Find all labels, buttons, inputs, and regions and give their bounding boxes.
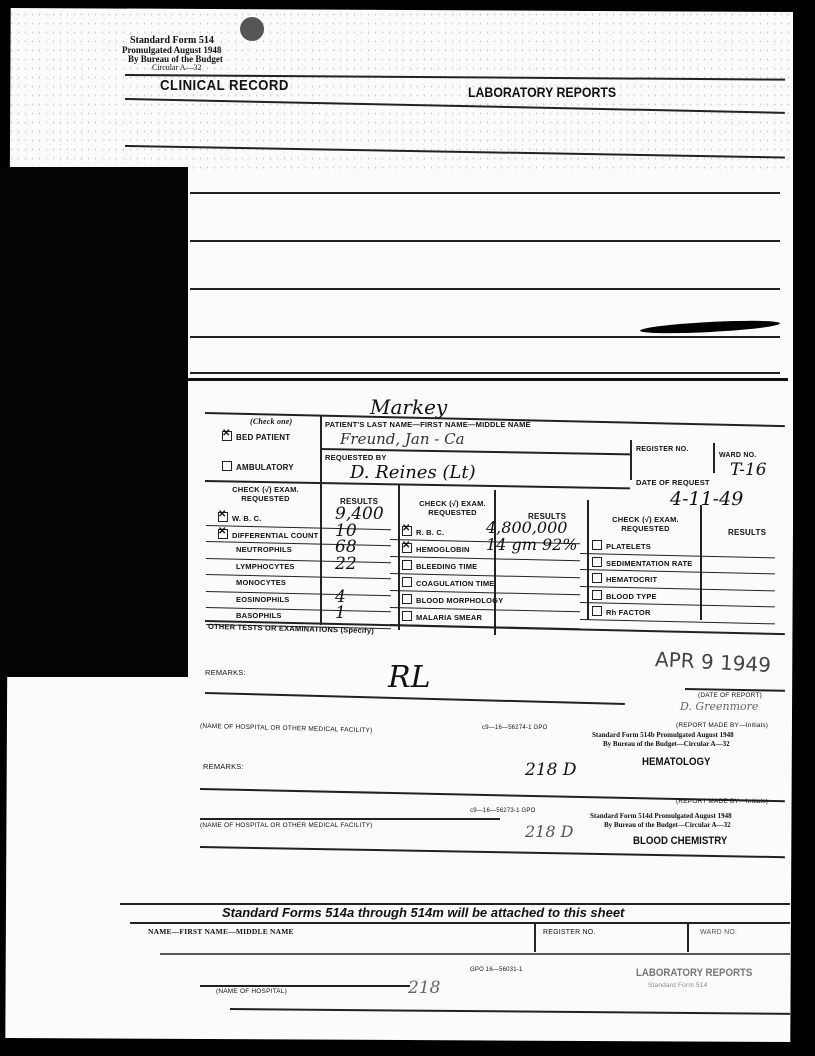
exam-row[interactable]: BLEEDING TIME	[402, 560, 477, 571]
exam-label: MALARIA SMEAR	[416, 613, 482, 622]
requested-by-value[interactable]: D. Reines (Lt)	[350, 462, 476, 483]
divider	[713, 443, 715, 473]
footer-name-label: NAME—FIRST NAME—MIDDLE NAME	[148, 927, 294, 936]
bc-report-made-by-label: (REPORT MADE BY—Initials)	[676, 798, 768, 805]
ruled-line	[190, 240, 780, 242]
exam-label: DIFFERENTIAL COUNT	[232, 531, 318, 540]
exam-checkbox[interactable]	[402, 543, 412, 553]
circular-line: Circular A—32	[152, 63, 202, 72]
exam-label: BLOOD MORPHOLOGY	[416, 596, 503, 605]
exam-row[interactable]: SEDIMENTATION RATE	[592, 557, 693, 568]
date-of-request-label: DATE OF REQUEST	[636, 478, 710, 487]
exam-checkbox[interactable]	[592, 540, 602, 550]
exam-row[interactable]: BLOOD MORPHOLOGY	[402, 594, 503, 605]
exam-label: LYMPHOCYTES	[236, 562, 295, 571]
exam-row[interactable]: COAGULATION TIME	[402, 577, 494, 588]
attach-note: Standard Forms 514a through 514m will be…	[222, 905, 624, 920]
report-made-by-value: D. Greenmore	[680, 700, 758, 713]
exam-label: COAGULATION TIME	[416, 579, 494, 588]
patient-name-label: PATIENT'S LAST NAME—FIRST NAME—MIDDLE NA…	[325, 420, 531, 429]
exam-checkbox[interactable]	[402, 611, 412, 621]
col1-check-header: CHECK (√) EXAM. REQUESTED	[228, 485, 303, 503]
exam-label: SEDIMENTATION RATE	[606, 559, 693, 568]
exam-row[interactable]: DIFFERENTIAL COUNT	[218, 529, 318, 540]
exam-result[interactable]: 1	[335, 603, 346, 623]
exam-checkbox[interactable]	[402, 526, 412, 536]
form-info-line-2: By Bureau of the Budget—Circular A—32	[603, 740, 730, 748]
date-of-request-value[interactable]: 4-11-49	[670, 488, 743, 510]
report-made-by-label: (REPORT MADE BY—Initials)	[676, 722, 768, 729]
ruled-line	[190, 336, 780, 338]
register-no-label: REGISTER NO.	[636, 446, 689, 453]
exam-label: EOSINOPHILS	[236, 595, 289, 604]
exam-label: BASOPHILS	[236, 611, 282, 620]
exam-row[interactable]: NEUTROPHILS	[236, 545, 292, 554]
exam-row[interactable]: EOSINOPHILS	[236, 595, 289, 604]
divider	[687, 922, 689, 952]
exam-row[interactable]: HEMOGLOBIN	[402, 543, 470, 554]
ambulatory-label: AMBULATORY	[236, 463, 294, 472]
ruled-line	[190, 372, 780, 374]
col3-check-header: CHECK (√) EXAM. REQUESTED	[608, 515, 683, 533]
exam-label: BLEEDING TIME	[416, 562, 477, 571]
ruled-line	[190, 288, 780, 290]
footer-hospital-rule	[200, 985, 410, 987]
footer-hospital-label: (NAME OF HOSPITAL)	[216, 988, 287, 995]
divider	[700, 505, 702, 620]
bed-patient-checkbox[interactable]	[222, 431, 232, 441]
dark-shadow	[0, 167, 188, 677]
bc-form-info-line-1: Standard Form 514d Promulgated August 19…	[590, 812, 732, 820]
dark-edge-right	[793, 0, 815, 1056]
exam-checkbox[interactable]	[592, 606, 602, 616]
exam-result[interactable]: 14 gm 92%	[486, 535, 578, 554]
bed-patient-label: BED PATIENT	[236, 433, 290, 442]
exam-checkbox[interactable]	[592, 573, 602, 583]
patient-name-value[interactable]: Freund, Jan - Ca	[340, 430, 465, 448]
ambulatory-checkbox[interactable]	[222, 461, 232, 471]
divider	[398, 485, 400, 630]
exam-label: HEMATOCRIT	[606, 575, 657, 584]
print-code: c9—16—56274-1 GPO	[482, 725, 547, 731]
footer-form-number: Standard Form 514	[648, 982, 707, 989]
exam-row[interactable]: W. B. C.	[218, 512, 262, 523]
bc-print-code: c9—16—56273-1 GPO	[470, 808, 535, 814]
ambulatory-option[interactable]: AMBULATORY	[222, 461, 294, 472]
exam-row[interactable]: R. B. C.	[402, 526, 444, 537]
footer-print-code: GPO 16—56031-1	[470, 967, 523, 973]
exam-row[interactable]: PLATELETS	[592, 540, 651, 551]
exam-checkbox[interactable]	[402, 594, 412, 604]
hematology-title: HEMATOLOGY	[642, 756, 710, 768]
check-one-label: (Check one)	[250, 417, 292, 426]
exam-label: BLOOD TYPE	[606, 592, 657, 601]
exam-label: Rh FACTOR	[606, 608, 651, 617]
divider	[534, 922, 536, 952]
footer-form-title: LABORATORY REPORTS	[636, 967, 752, 979]
laboratory-reports-title: LABORATORY REPORTS	[468, 84, 616, 100]
exam-row[interactable]: LYMPHOCYTES	[236, 562, 295, 571]
ruled-line	[190, 192, 780, 194]
bc-hospital-label: (NAME OF HOSPITAL OR OTHER MEDICAL FACIL…	[200, 822, 373, 829]
requested-by-label: REQUESTED BY	[325, 453, 387, 462]
exam-checkbox[interactable]	[592, 557, 602, 567]
blood-chemistry-title: BLOOD CHEMISTRY	[633, 835, 727, 847]
bc-form-info-line-2: By Bureau of the Budget—Circular A—32	[604, 821, 731, 829]
footer-rule-bottom	[160, 953, 790, 955]
footer-register-no-label: REGISTER NO.	[543, 929, 596, 936]
divider	[494, 490, 496, 635]
exam-checkbox[interactable]	[218, 512, 228, 522]
remarks-label: REMARKS:	[205, 668, 246, 677]
footer-handwritten-number: 218	[408, 978, 440, 998]
divider	[630, 440, 632, 480]
clinical-record-title: CLINICAL RECORD	[160, 77, 289, 94]
exam-label: HEMOGLOBIN	[416, 545, 470, 554]
exam-label: MONOCYTES	[236, 578, 286, 587]
exam-checkbox[interactable]	[402, 560, 412, 570]
col2-check-header: CHECK (√) EXAM. REQUESTED	[415, 499, 490, 517]
date-of-report-label: (DATE OF REPORT)	[698, 692, 762, 699]
exam-row[interactable]: HEMATOCRIT	[592, 573, 657, 584]
bc-handwritten-number: 218 D	[525, 760, 576, 780]
hole-punch	[240, 17, 264, 41]
exam-row[interactable]: Rh FACTOR	[592, 606, 651, 617]
col3-results-header: RESULTS	[728, 528, 766, 537]
form-info-line-1: Standard Form 514b Promulgated August 19…	[592, 731, 734, 739]
footer-rule-mid	[130, 922, 790, 924]
bed-patient-option[interactable]: BED PATIENT	[222, 431, 290, 442]
exam-row[interactable]: BASOPHILS	[236, 611, 282, 620]
exam-result[interactable]: 22	[335, 554, 357, 574]
exam-row[interactable]: MALARIA SMEAR	[402, 611, 482, 622]
exam-checkbox[interactable]	[592, 590, 602, 600]
exam-checkbox[interactable]	[402, 577, 412, 587]
exam-checkbox[interactable]	[218, 529, 228, 539]
bc-hospital-rule	[200, 818, 500, 820]
exam-label: PLATELETS	[606, 542, 651, 551]
exam-label: NEUTROPHILS	[236, 545, 292, 554]
ward-no-label: WARD NO.	[719, 452, 756, 459]
exam-label: R. B. C.	[416, 528, 444, 537]
exam-row[interactable]: BLOOD TYPE	[592, 590, 657, 601]
exam-row[interactable]: MONOCYTES	[236, 578, 286, 587]
initials-signature: RL	[388, 660, 431, 695]
bc-remarks-label: REMARKS:	[203, 762, 244, 771]
exam-label: W. B. C.	[232, 514, 262, 523]
footer-ward-no-label: WARD NO.	[700, 929, 737, 936]
bc-handwritten-number-2: 218 D	[525, 822, 573, 841]
ward-no-value[interactable]: T-16	[730, 460, 767, 480]
